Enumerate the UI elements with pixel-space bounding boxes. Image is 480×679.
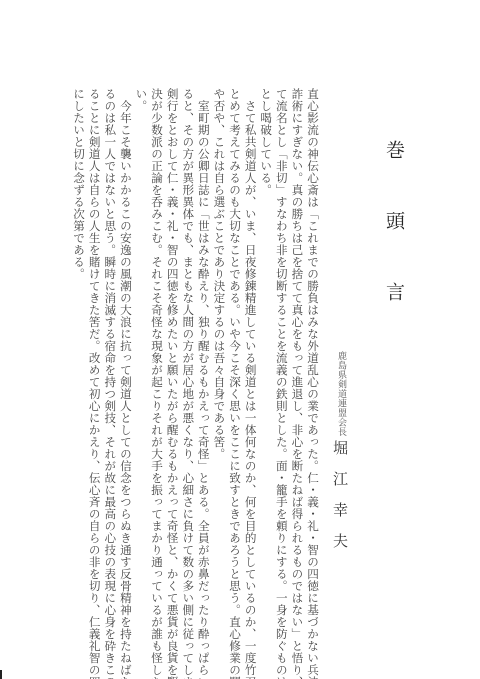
- text-column: い。: [133, 88, 149, 628]
- text-column: 詐術にすぎない。真の勝ちは己を捨てて真心をもって進退し、非心を断たねば得られるも…: [289, 88, 305, 628]
- page-title: 巻頭言: [379, 140, 409, 380]
- text-column: や否や、これは自ら選ぶことであり決定するのは吾々自身である筈。: [211, 88, 227, 628]
- text-column: 今年こそ襲いかかるこの安逸の風潮の大浪に抗って剣道人としての信念をつらぬき通す反…: [117, 88, 133, 628]
- text-column: さて私共剣道人が、いま、日夜修錬精進している剣道とは一体何なのか、何を目的として…: [242, 88, 258, 628]
- body-text: 直心影流の神伝心斎は「これまでの勝負はみな外道乱心の業であった。仁・義・礼・智の…: [71, 88, 321, 628]
- text-column: にしたいと切に念ずる次第である。: [71, 88, 87, 628]
- text-column: て流名とし「非切」すなわち非を切断することを流義の鉄則とした。面・籠手を頼りにす…: [273, 88, 289, 628]
- text-column: るのは私一人ではないと思う。瞬時に消滅する宿命を持つ剣技、それが故に最高の心技の…: [102, 88, 118, 628]
- author-affiliation: 鹿島県剣道連盟会長: [335, 351, 347, 437]
- text-column: とし喝破している。: [258, 88, 274, 628]
- text-column: 直心影流の神伝心斎は「これまでの勝負はみな外道乱心の業であった。仁・義・礼・智の…: [304, 88, 320, 628]
- text-column: 室町期の公卿日誌に「世はみな酔えり、独り醒むるもかえって奇怪」とある。全員が赤鼻…: [195, 88, 211, 628]
- document-page: 巻頭言 鹿島県剣道連盟会長 堀江幸夫 直心影流の神伝心斎は「これまでの勝負はみな…: [0, 0, 480, 679]
- text-column: とめて考えてみるのも大切なことである。いや今こそ深く思いをここに致すときであろう…: [226, 88, 242, 628]
- text-column: 決が少数派の正論を呑みこむ。それこそ奇怪な現象が起こりそれが大手を振ってまかり通…: [148, 88, 164, 628]
- text-column: ると、その方が異形異体でも、まともな人間の方が居心地が悪くなり、心細さに負けて数…: [180, 88, 196, 628]
- scan-edge-mark: [0, 670, 2, 679]
- text-column: ることに剣道人は自らの人生を賭けてきた筈だ。改めて初心にかえり、伝心斉の自らの非…: [86, 88, 102, 628]
- text-column: 剣行をとおして仁・義・礼・智の四徳を修めたいと願いたがら醒むるもかえって奇怪と、…: [164, 88, 180, 628]
- author-name: 堀江幸夫: [330, 440, 350, 564]
